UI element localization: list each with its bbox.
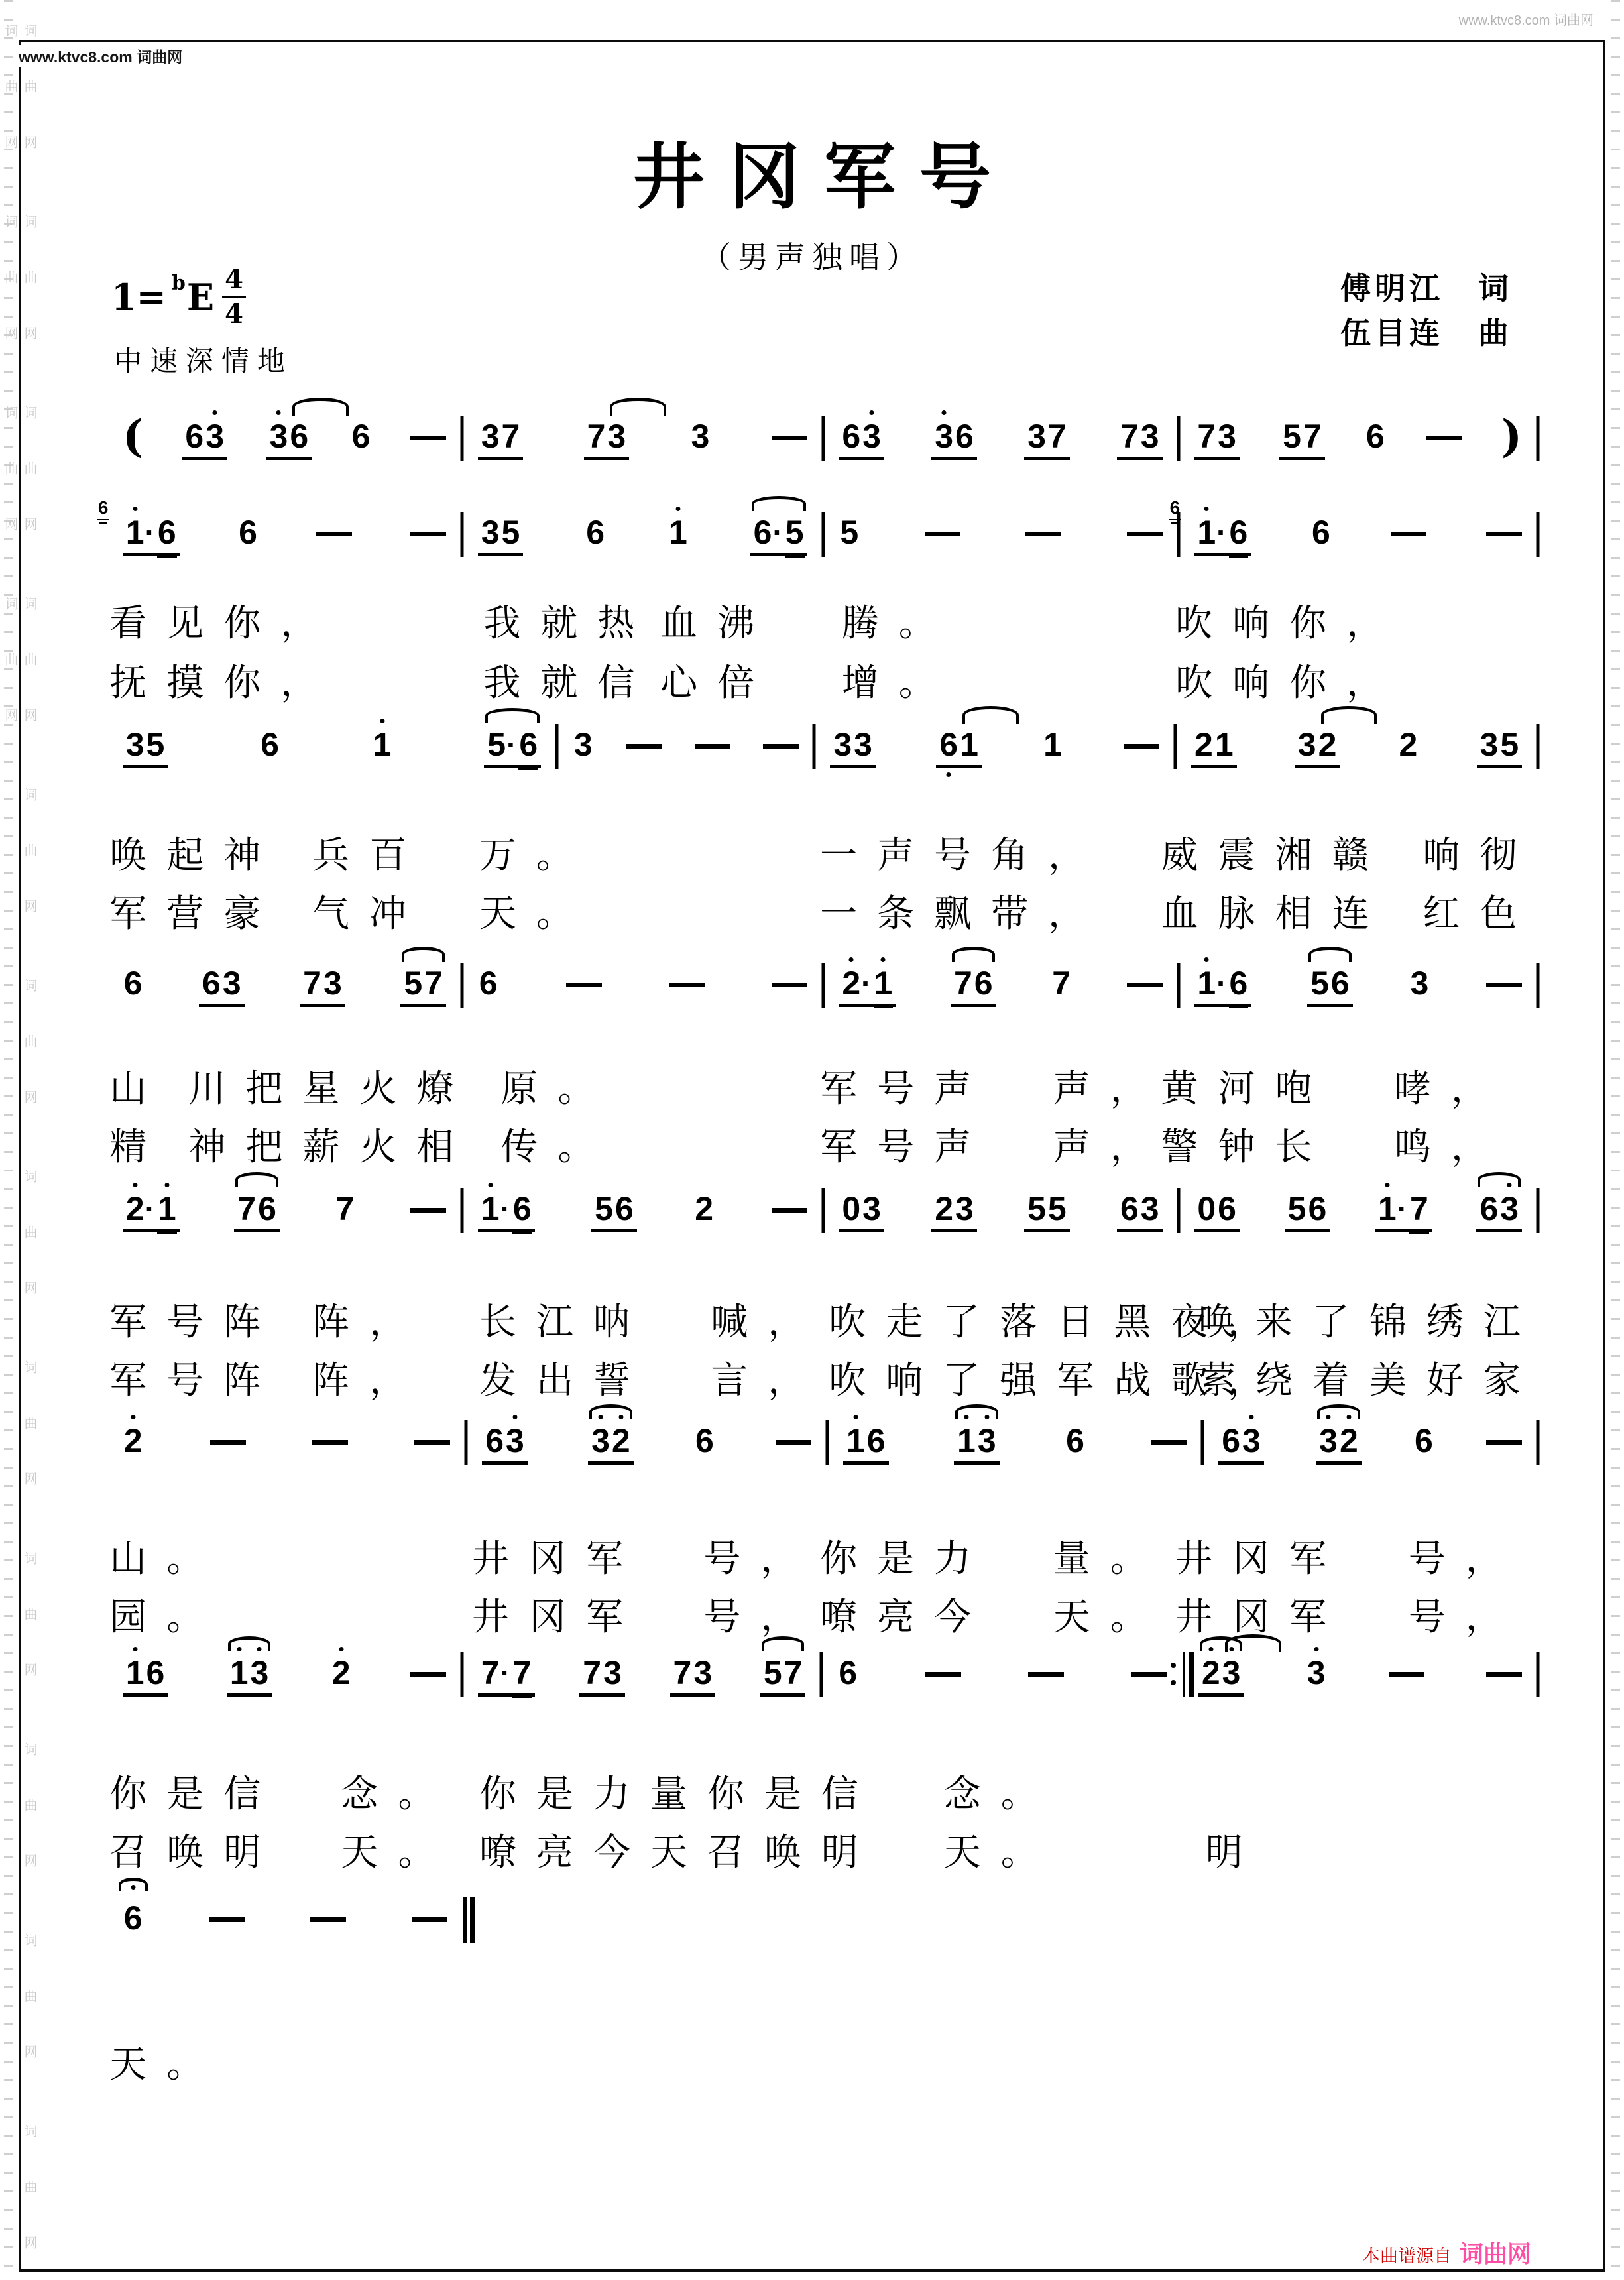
note-digit: 7	[1197, 420, 1216, 453]
note-group: 57	[1279, 408, 1325, 460]
digit-glyph: 7	[303, 967, 321, 1000]
note-digit: 7	[424, 967, 443, 1000]
lyric-seg: 川把星火燎	[189, 1069, 474, 1110]
digit-glyph: 6	[352, 420, 371, 453]
octave-dot-high	[675, 507, 680, 511]
digit: 3	[978, 1424, 996, 1457]
digit: 7	[1120, 420, 1139, 453]
note-digit: 3	[270, 420, 288, 453]
note-digit: 6	[202, 967, 221, 1000]
digit-glyph: 1	[960, 728, 978, 761]
measure: 6637357	[107, 955, 462, 1031]
note-group: 36	[266, 408, 312, 460]
sixteenth-underline	[1409, 1231, 1429, 1234]
digit: 3	[205, 420, 224, 453]
lyrics-row-1: 唤起神兵百万。一声号角，威震湘赣响彻	[99, 835, 1538, 882]
dash-rest-line	[414, 1440, 450, 1445]
digit-glyph: 0	[842, 1192, 860, 1225]
digit-glyph: 7	[784, 1656, 803, 1689]
dash-rest-line	[1124, 744, 1159, 749]
digit: 6	[1415, 1424, 1433, 1457]
lyric-seg: 阵，	[312, 1302, 426, 1343]
digit: 6	[124, 967, 143, 1000]
digit-glyph: 1	[1215, 728, 1234, 761]
digit-glyph: 7	[1303, 420, 1322, 453]
note-group: 1·7	[1375, 1180, 1432, 1232]
digit: 6	[615, 1192, 634, 1225]
note-digit: 6	[261, 728, 279, 761]
digit-glyph: 7	[673, 1656, 692, 1689]
digit: 1	[1197, 967, 1216, 1000]
digit-glyph: 2	[935, 1192, 953, 1225]
note: 6	[237, 504, 259, 549]
digit: 7	[954, 967, 972, 1000]
digit-glyph: 6	[124, 1901, 143, 1935]
note-digit: 0	[1197, 1192, 1216, 1225]
dash-rest-line	[210, 1440, 246, 1445]
digit-glyph: 6	[1230, 967, 1248, 1000]
note-group: 73	[670, 1644, 716, 1697]
tie-arc	[962, 706, 1019, 724]
note-digit: 6	[839, 1656, 857, 1689]
tie-arc	[1321, 706, 1377, 724]
tie-arc	[292, 398, 349, 416]
note-digit: 3	[978, 1424, 996, 1457]
note-group: 56	[1285, 1180, 1330, 1232]
digit: 3	[1298, 728, 1316, 761]
digit-glyph: 2	[124, 1424, 143, 1457]
digit: 5	[1500, 728, 1519, 761]
note-group: 1·6	[1194, 955, 1251, 1007]
note-digit: 5	[1048, 1192, 1067, 1225]
note-digit: 3	[607, 420, 626, 453]
dash-rest-line	[1486, 1440, 1522, 1445]
digit-glyph: 6	[485, 1424, 504, 1457]
note-digit: 3	[323, 967, 342, 1000]
dash-rest-line	[763, 744, 799, 749]
lyric-seg: 井冈军	[1175, 1539, 1346, 1580]
grace-note: 6	[97, 499, 109, 524]
digit-glyph: 3	[591, 1424, 610, 1457]
dash-rest-line	[412, 1917, 447, 1922]
note-group: 63	[182, 408, 227, 460]
lyric-seg: 我就信	[483, 663, 654, 704]
note-digit: 5	[840, 516, 858, 549]
digit-glyph: 2	[842, 967, 860, 1000]
dash-rest-line	[1391, 532, 1426, 536]
lyric-seg: 万。	[479, 835, 593, 876]
note: 1	[372, 716, 393, 761]
digit: 7	[513, 1656, 532, 1689]
note-digit: 6	[1222, 1424, 1240, 1457]
digit: 1	[481, 1192, 500, 1225]
score-line-1: 1·66635616·551·666看见你，我就热血沸腾。吹响你，抚摸你，我就信…	[99, 504, 1538, 733]
digit-glyph: 7	[1120, 420, 1139, 453]
dash-rest-line	[925, 532, 960, 536]
digit: 3	[270, 420, 288, 453]
dash-rest-line	[1151, 1440, 1187, 1445]
digit: 0	[842, 1192, 860, 1225]
lyric-seg: 念。	[341, 1774, 455, 1815]
note-group: 73	[1117, 408, 1163, 460]
note-group: 36	[931, 408, 977, 460]
notation-row: (63366377336336377373576)	[99, 408, 1538, 491]
note: 6	[123, 1890, 144, 1935]
lyric-seg: 一声号角，	[820, 835, 1105, 876]
note: 6	[837, 1644, 858, 1689]
note-digit: 6	[939, 728, 958, 761]
note-group: 23	[1198, 1644, 1244, 1697]
digit-glyph: 6	[955, 420, 974, 453]
digit-glyph: 3	[481, 420, 500, 453]
octave-dot-high	[133, 507, 137, 511]
digit-glyph: 7	[1410, 1192, 1428, 1225]
repeat-dot	[1171, 1680, 1176, 1685]
barline	[1537, 416, 1540, 461]
score-line-7: 6天。	[99, 1890, 1538, 2118]
digit: 3	[1141, 420, 1159, 453]
digit-glyph: 2	[695, 1192, 713, 1225]
note-digit: 5	[1500, 728, 1519, 761]
grace-digit: 6	[98, 499, 109, 517]
digit-glyph: 6	[839, 1656, 857, 1689]
digit: 3	[481, 516, 500, 549]
note-digit: 1·	[481, 1192, 511, 1225]
lyric-seg: 传。	[500, 1127, 614, 1168]
note-group: 57	[400, 955, 446, 1007]
digit: 5	[840, 516, 858, 549]
digit: 2	[124, 1424, 143, 1457]
lyric-seg: 嘹亮今天召唤明	[479, 1832, 878, 1874]
octave-dot-high	[131, 1415, 135, 1419]
note-digit: 6	[695, 1424, 714, 1457]
score-line-3: 663735762·17671·6563山川把星火燎原。军号声声，黄河咆哮，精神…	[99, 955, 1538, 1183]
lyric-seg: 声，	[1053, 1069, 1167, 1110]
lyric-seg: 山	[109, 1069, 166, 1110]
digit: 5	[404, 967, 422, 1000]
lyrics-row-2: 园。井冈军号，嘹亮今天。井冈军号，	[99, 1597, 1538, 1644]
notation-row: 35615·63336112132235	[99, 716, 1538, 799]
notation-row: 663735762·17671·6563	[99, 955, 1538, 1038]
note-digit: 2	[612, 1424, 630, 1457]
digit-glyph: 2	[1194, 728, 1213, 761]
barline	[1537, 1652, 1540, 1697]
lyric-seg: 精	[109, 1127, 166, 1168]
note-digit: 3	[1411, 967, 1429, 1000]
digit-glyph: 3	[506, 1424, 524, 1457]
digit-glyph: 3	[251, 1656, 269, 1689]
parenthesis: (	[123, 414, 143, 458]
note-digit: 2·	[126, 1192, 156, 1225]
digit-glyph: 6	[842, 420, 860, 453]
digit: 6	[586, 516, 605, 549]
note-digit: 6	[1230, 516, 1248, 549]
note-digit: 1	[846, 1424, 865, 1457]
note: 7	[1051, 955, 1072, 1000]
note-group: 73	[300, 955, 345, 1007]
grace-underline	[97, 519, 109, 520]
dash-rest-line	[1127, 983, 1163, 987]
digit: 3	[603, 1656, 622, 1689]
lyric-seg: 军营豪	[109, 894, 280, 935]
note-group: 63	[1476, 1180, 1522, 1232]
note-digit: 3	[1319, 1424, 1338, 1457]
note-digit: 7	[954, 967, 972, 1000]
note-digit: 7	[336, 1192, 355, 1225]
note-digit: 3	[223, 967, 241, 1000]
lyric-seg: 号，	[1409, 1539, 1523, 1580]
digit: 6	[290, 420, 308, 453]
digit-glyph: 1	[1043, 728, 1062, 761]
barline	[1537, 512, 1540, 557]
lyric-seg: 天。	[479, 894, 593, 935]
digit-glyph: 3	[1218, 420, 1236, 453]
note-digit: 6	[1312, 516, 1330, 549]
barline	[1537, 1420, 1540, 1465]
dash-rest-line	[410, 1672, 446, 1677]
digit-glyph: 7	[502, 420, 520, 453]
digit-glyph: 3	[955, 1192, 974, 1225]
note-digit: 3	[1500, 1192, 1519, 1225]
note: 6	[1065, 1412, 1086, 1457]
digit-glyph: 7	[424, 967, 443, 1000]
sixteenth-underline	[1229, 1006, 1249, 1008]
digit: 6	[352, 420, 371, 453]
note-digit: 3	[481, 420, 500, 453]
lyrics-row-1: 你是信念。你是力量你是信念。	[99, 1774, 1538, 1821]
barline	[1537, 724, 1540, 769]
dash-rest-line	[1486, 1672, 1522, 1677]
note-group: 63	[1117, 1180, 1163, 1232]
digit-glyph: 7	[336, 1192, 355, 1225]
note-digit: 2	[1399, 728, 1418, 761]
dash-rest-line	[772, 1208, 807, 1213]
grace-underline	[99, 522, 107, 524]
lyrics-row-1: 天。	[99, 2045, 1538, 2091]
digit: 7	[1410, 1192, 1428, 1225]
score-line-6: 161327·77373576233你是信念。你是力量你是信念。召唤明天。嘹亮今…	[99, 1644, 1538, 1873]
digit: 7	[587, 420, 606, 453]
digit-glyph: 1	[957, 1424, 976, 1457]
note-digit: 1	[1215, 728, 1234, 761]
lyric-seg: 血沸	[660, 603, 774, 644]
note-group: 35	[1477, 716, 1523, 768]
grace-underline	[1169, 519, 1181, 520]
lyric-seg: 量。	[1053, 1539, 1167, 1580]
digit: 3	[935, 420, 953, 453]
lyric-seg: 抚摸你，	[109, 663, 337, 704]
measure: 06561·763	[1179, 1180, 1538, 1256]
slur-arc	[1478, 1172, 1521, 1187]
lyric-seg: 唤起神	[109, 835, 280, 876]
note-digit: 6	[352, 420, 371, 453]
digit-glyph: 5	[146, 728, 165, 761]
measure: 35616·5	[462, 504, 823, 580]
lyrics-row-2: 军号阵阵，发出誓言，吹响了强军战歌，萦绕着美好家	[99, 1360, 1538, 1407]
slur-arc	[402, 947, 445, 962]
note-group: 6·5	[750, 504, 807, 556]
note-digit: 2	[124, 1424, 143, 1457]
digit-glyph: 5	[1027, 1192, 1046, 1225]
dash-rest-line	[1389, 1672, 1424, 1677]
lyric-seg: 发出誓	[479, 1360, 650, 1402]
dash-rest-line	[1028, 1672, 1064, 1677]
octave-dot-high	[164, 1183, 169, 1187]
note-digit: 1·	[1197, 516, 1227, 549]
note: 3	[1409, 955, 1430, 1000]
note-group: 63	[199, 955, 245, 1007]
lyric-seg: 唤来了锦绣江	[1198, 1302, 1540, 1343]
digit-glyph: 6	[1230, 516, 1248, 549]
measure: 6	[107, 1890, 463, 1966]
note-group: 63	[482, 1412, 528, 1465]
note: 6	[478, 955, 499, 1000]
note-digit: 3	[1027, 420, 1046, 453]
digit-glyph: 5	[1283, 420, 1301, 453]
digit: 2	[332, 1656, 351, 1689]
note-group: 16	[123, 1644, 168, 1697]
digit: 6	[185, 420, 203, 453]
digit-glyph: 3	[691, 420, 710, 453]
note-digit: 6	[955, 420, 974, 453]
note-digit: 6	[615, 1192, 634, 1225]
digit-glyph: 6	[185, 420, 203, 453]
lyric-seg: 警钟长	[1161, 1127, 1332, 1168]
note-digit: 7	[784, 1656, 803, 1689]
lyric-seg: 响彻	[1422, 835, 1537, 876]
lyric-seg: 黄河咆	[1161, 1069, 1332, 1110]
note-digit: 3	[126, 728, 145, 761]
digit: 1	[874, 967, 893, 1000]
lyric-seg: 言，	[711, 1360, 825, 1402]
dash-rest-line	[310, 1917, 346, 1922]
note-digit: 7·	[481, 1656, 511, 1689]
note-group: 73	[584, 408, 630, 460]
measure: 6	[821, 1644, 1183, 1720]
note: 6	[585, 504, 606, 549]
digit: 5	[487, 728, 506, 761]
digit: 7	[1197, 420, 1216, 453]
digit-glyph: 5	[404, 967, 422, 1000]
octave-dot-low	[947, 772, 951, 777]
lyric-seg: 原。	[500, 1069, 614, 1110]
digit: 6	[695, 1424, 714, 1457]
digit-glyph: 3	[854, 728, 872, 761]
note-group: 37	[478, 408, 524, 460]
dash-rest-line	[772, 436, 807, 440]
note-digit: 5·	[487, 728, 517, 761]
digit-glyph: 1	[373, 728, 392, 761]
digit-glyph: 7	[1197, 420, 1216, 453]
note-group: 56	[591, 1180, 637, 1232]
note-digit: 6	[1479, 1192, 1498, 1225]
note-digit: 2	[695, 1192, 713, 1225]
measure: 63363773	[823, 408, 1179, 484]
note-digit: 0	[842, 1192, 860, 1225]
measure: 1·666	[107, 504, 462, 580]
digit: 3	[1141, 1192, 1159, 1225]
note-digit: 3	[854, 728, 872, 761]
note: 2	[1398, 716, 1419, 761]
measure: 5	[823, 504, 1179, 580]
digit-glyph: 6	[261, 728, 279, 761]
digit-glyph: 3	[126, 728, 145, 761]
note: 2	[693, 1180, 715, 1225]
digit-glyph: 5	[785, 516, 804, 549]
note-group: 56	[1307, 955, 1353, 1007]
digit: 2	[935, 1192, 953, 1225]
digit: 6	[146, 1656, 165, 1689]
note-group: 21	[1191, 716, 1237, 768]
digit-glyph: 7	[481, 1656, 500, 1689]
digit-glyph: 3	[862, 420, 881, 453]
lyric-seg: 军号声	[820, 1127, 991, 1168]
note-group: 63	[839, 408, 884, 460]
octave-dot-high	[133, 1183, 137, 1187]
digit: 5	[1310, 967, 1329, 1000]
digit: 5	[785, 516, 804, 549]
sixteenth-underline	[785, 555, 805, 558]
dotted-note-dot: ·	[145, 516, 155, 549]
lyric-seg: 天。	[944, 1832, 1058, 1874]
note-digit: 1	[960, 728, 978, 761]
digit-glyph: 7	[513, 1656, 532, 1689]
note-digit: 6	[258, 1192, 276, 1225]
sixteenth-underline	[157, 1231, 177, 1234]
tie-arc	[1225, 1634, 1281, 1652]
note-digit: 1	[957, 1424, 976, 1457]
note-digit: 3	[481, 516, 500, 549]
digit-glyph: 6	[513, 1192, 532, 1225]
digit-glyph: 6	[258, 1192, 276, 1225]
measure: 37733	[462, 408, 823, 484]
notation-row: 2633261613663326	[99, 1412, 1538, 1495]
digit-glyph: 5	[502, 516, 520, 549]
measure: 1·6563	[1179, 955, 1538, 1031]
note: 3	[573, 716, 594, 761]
digit-glyph: 6	[124, 967, 143, 1000]
measure: 33611	[814, 716, 1175, 792]
digit: 6	[839, 1656, 857, 1689]
digit-glyph: 1	[158, 1192, 176, 1225]
digit-glyph: 6	[1479, 1192, 1498, 1225]
digit-glyph: 3	[603, 1656, 622, 1689]
digit-glyph: 1	[230, 1656, 249, 1689]
digit: 7	[1048, 420, 1067, 453]
note-digit: 7	[303, 967, 321, 1000]
lyric-seg: 明	[1206, 1832, 1263, 1874]
note-digit: 3	[1141, 1192, 1159, 1225]
note: 6	[351, 408, 372, 453]
digit-glyph: 7	[587, 420, 606, 453]
digit-glyph: 0	[1197, 1192, 1216, 1225]
digit-glyph: 3	[1319, 1424, 1338, 1457]
digit: 1	[1215, 728, 1234, 761]
note-digit: 3	[574, 728, 593, 761]
slur-arc	[235, 1172, 278, 1187]
note-group: 13	[227, 1644, 272, 1697]
note-digit: 2	[1202, 1656, 1220, 1689]
note-digit: 1·	[126, 516, 156, 549]
note-digit: 3	[1141, 420, 1159, 453]
note-digit: 7	[1303, 420, 1322, 453]
digit-glyph: 6	[1120, 1192, 1139, 1225]
note-digit: 1·	[1378, 1192, 1408, 1225]
octave-dot-high	[1385, 1183, 1389, 1187]
score-line-2: 35615·63336112132235唤起神兵百万。一声号角，威震湘赣响彻军营…	[99, 716, 1538, 945]
dash-rest-line	[695, 744, 730, 749]
note-digit: 3	[833, 728, 852, 761]
